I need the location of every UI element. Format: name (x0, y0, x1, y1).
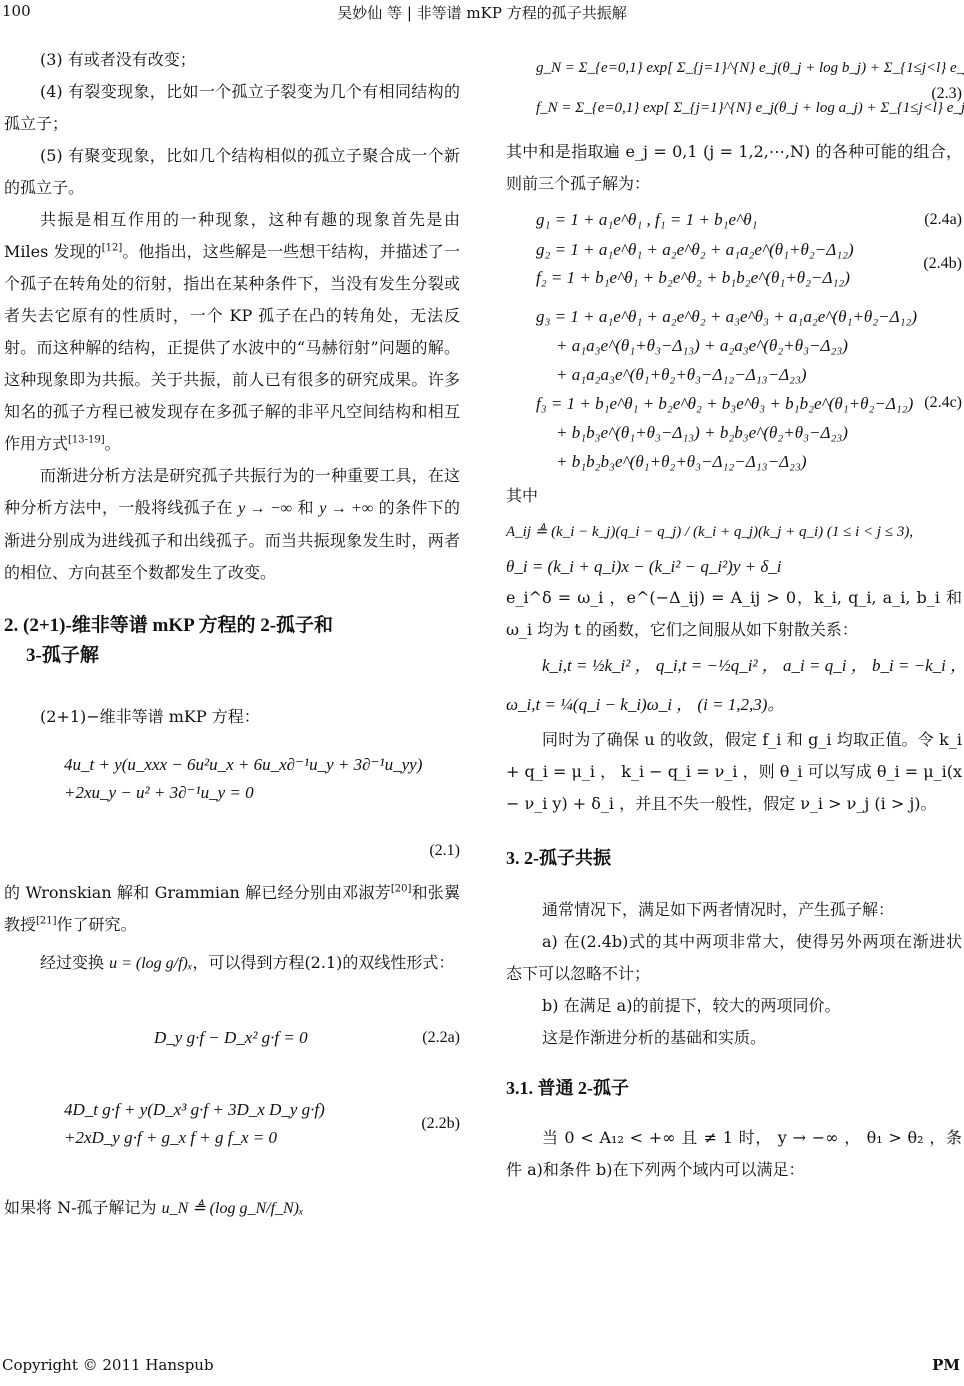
equation-2-4b: g₂ = 1 + a₁e^θ₁ + a₂e^θ₂ + a₁a₂e^(θ₁+θ₂−… (506, 236, 962, 292)
heading-line: 2. (2+1)-维非等谱 mKP 方程的 2-孤子和 (4, 615, 333, 636)
equation-line: 4u_t + y(u_xxx − 6u²u_x + 6u_x∂⁻¹u_y + 3… (64, 751, 460, 779)
equation-2-2b: 4D_t g·f + y(D_x³ g·f + 3D_x D_y g·f) +2… (4, 1096, 460, 1152)
equation-number-row: (2.1) (4, 837, 460, 877)
math-inline: y → +∞ (319, 500, 373, 517)
equation-2-4c: g₃ = 1 + a₁e^θ₁ + a₂e^θ₂ + a₃e^θ₃ + a₁a₂… (506, 302, 962, 476)
intro-mkp: (2+1)−维非等谱 mKP 方程： (4, 701, 460, 733)
equation-line: f_N = Σ_{e=0,1} exp[ Σ_{j=1}^{N} e_j(θ_j… (536, 88, 962, 128)
definition-theta: θ_i = (k_i + q_i)x − (k_i² − q_i²)y + δ_… (506, 552, 962, 582)
heading-line: 3-孤子解 (4, 641, 460, 671)
equation-line: + a₁a₃e^(θ₁+θ₃−Δ₁₃) + a₂a₃e^(θ₂+θ₃−Δ₂₃) (536, 331, 962, 360)
paragraph-conditions-intro: 通常情况下，满足如下两者情况时，产生孤子解： (506, 894, 962, 926)
equation-line: f₂ = 1 + b₁e^θ₁ + b₂e^θ₂ + b₁b₂e^(θ₁+θ₂−… (536, 264, 962, 292)
paragraph-wronskian: 的 Wronskian 解和 Grammian 解已经分别由邓淑芳[20]和张翼… (4, 877, 460, 941)
citation-21[interactable]: [21] (36, 916, 57, 927)
left-column: (3) 有或者没有改变； (4) 有裂变现象，比如一个孤立子裂变为几个有相同结构… (4, 44, 460, 1231)
equation-line: + b₁b₂b₃e^(θ₁+θ₂+θ₃−Δ₁₂−Δ₁₃−Δ₂₃) (536, 447, 962, 476)
equation-line: + a₁a₂a₃e^(θ₁+θ₂+θ₃−Δ₁₂−Δ₁₃−Δ₂₃) (536, 360, 962, 389)
math-inline: u = (log g/f)ₓ (109, 955, 192, 972)
equation-2-4a: g₁ = 1 + a₁e^θ₁ , f₁ = 1 + b₁e^θ₁ (2.4a) (506, 206, 962, 236)
dispersion-relations-2: ω_i,t = ¼(q_i − k_i)ω_i ， (i = 1,2,3)。 (506, 686, 962, 724)
condition-b: b) 在满足 a)的前提下，较大的两项同价。 (506, 990, 962, 1022)
equation-line: f₃ = 1 + b₁e^θ₁ + b₂e^θ₂ + b₃e^θ₃ + b₁b₂… (536, 389, 962, 418)
where-label: 其中 (506, 480, 962, 512)
paragraph-essence: 这是作渐进分析的基础和实质。 (506, 1022, 962, 1054)
section-2-heading: 2. (2+1)-维非等谱 mKP 方程的 2-孤子和 3-孤子解 (4, 611, 460, 671)
page-header: 100 吴妙仙 等 | 非等谱 mKP 方程的孤子共振解 (0, 0, 964, 24)
paragraph-convergence: 同时为了确保 u 的收敛，假定 f_i 和 g_i 均取正值。令 k_i + q… (506, 724, 962, 820)
paragraph-asymptotic: 而渐进分析方法是研究孤子共振行为的一种重要工具，在这种分析方法中，一般将线孤子在… (4, 460, 460, 589)
equation-line: k_i,t = ½k_i² ， q_i,t = −½q_i² ， a_i = q… (542, 646, 962, 686)
equation-line: +2xu_y − u² + 3∂⁻¹u_y = 0 (64, 779, 460, 807)
equation-2-3: g_N = Σ_{e=0,1} exp[ Σ_{j=1}^{N} e_j(θ_j… (506, 48, 962, 128)
equation-2-1: 4u_t + y(u_xxx − 6u²u_x + 6u_x∂⁻¹u_y + 3… (4, 751, 460, 807)
section-3-1-heading: 3.1. 普通 2-孤子 (506, 1072, 962, 1104)
text-span: ，可以得到方程(2.1)的双线性形式： (192, 953, 454, 972)
text-span: 。 (105, 434, 121, 453)
paragraph-nsoliton: 如果将 N-孤子解记为 u_N ≜ (log g_N/f_N)ₓ (4, 1186, 460, 1231)
equation-line: g₂ = 1 + a₁e^θ₁ + a₂e^θ₂ + a₁a₂e^(θ₁+θ₂−… (536, 236, 962, 264)
paragraph-sum: 其中和是指取遍 e_j = 0,1 (j = 1,2,⋯,N) 的各种可能的组合… (506, 136, 962, 200)
equation-number: (2.1) (429, 837, 460, 865)
text-span: 如果将 N-孤子解记为 (4, 1198, 162, 1217)
equation-line: + b₁b₃e^(θ₁+θ₃−Δ₁₃) + b₂b₃e^(θ₂+θ₃−Δ₂₃) (536, 418, 962, 447)
equation-2-2a: D_y g·f − D_x² g·f = 0 (2.2a) (4, 1024, 460, 1054)
equation-line: A_ij ≜ (k_i − k_j)(q_i − q_j) / (k_i + q… (506, 512, 962, 552)
condition-a: a) 在(2.4b)式的其中两项非常大，使得另外两项在渐进状态下可以忽略不计； (506, 926, 962, 990)
equation-number: (2.2a) (422, 1024, 460, 1052)
right-column: g_N = Σ_{e=0,1} exp[ Σ_{j=1}^{N} e_j(θ_j… (506, 48, 962, 1186)
text-span: 和 (292, 498, 319, 517)
dispersion-relations: k_i,t = ½k_i² ， q_i,t = −½q_i² ， a_i = q… (506, 646, 962, 686)
equation-line: g_N = Σ_{e=0,1} exp[ Σ_{j=1}^{N} e_j(θ_j… (536, 48, 962, 88)
paragraph-transform: 经过变换 u = (log g/f)ₓ，可以得到方程(2.1)的双线性形式： (4, 941, 460, 986)
list-item-5: (5) 有聚变现象，比如几个结构相似的孤立子聚合成一个新的孤立子。 (4, 140, 460, 204)
text-span: 。他指出，这些解是一些想干结构，并描述了一个孤子在转角处的衍射，指出在某种条件下… (4, 242, 460, 453)
equation-line: θ_i = (k_i + q_i)x − (k_i² − q_i²)y + δ_… (506, 552, 962, 582)
equation-number: (2.4c) (924, 388, 962, 417)
section-3-heading: 3. 2-孤子共振 (506, 842, 962, 874)
text-span: 作了研究。 (57, 915, 137, 934)
copyright: Copyright © 2011 Hanspub (2, 1356, 214, 1374)
equation-number: (2.2b) (421, 1110, 460, 1138)
paragraph-ordinary-2soliton: 当 0 < A₁₂ < +∞ 且 ≠ 1 时， y → −∞ ， θ₁ > θ₂… (506, 1122, 962, 1186)
math-inline: u_N ≜ (log g_N/f_N)ₓ (162, 1200, 304, 1217)
definition-Aij: A_ij ≜ (k_i − k_j)(q_i − q_j) / (k_i + q… (506, 512, 962, 552)
math-inline: y → −∞ (238, 500, 292, 517)
paragraph-params: e_i^δ = ω_i ，e^(−Δ_ij) = A_ij > 0，k_i, q… (506, 582, 962, 646)
citation-13-19[interactable]: [13-19] (68, 435, 105, 446)
text-span: 经过变换 (40, 953, 109, 972)
equation-number: (2.4a) (924, 206, 962, 234)
citation-20[interactable]: [20] (391, 884, 412, 895)
equation-line: ω_i,t = ¼(q_i − k_i)ω_i ， (i = 1,2,3)。 (506, 686, 962, 724)
text-span: 的 Wronskian 解和 Grammian 解已经分别由邓淑芳 (4, 883, 391, 902)
equation-line: 4D_t g·f + y(D_x³ g·f + 3D_x D_y g·f) (64, 1096, 460, 1124)
journal-abbreviation: PM (932, 1356, 960, 1374)
running-title: 吴妙仙 等 | 非等谱 mKP 方程的孤子共振解 (0, 2, 964, 23)
equation-line: g₃ = 1 + a₁e^θ₁ + a₂e^θ₂ + a₃e^θ₃ + a₁a₂… (536, 302, 962, 331)
equation-line: g₁ = 1 + a₁e^θ₁ , f₁ = 1 + b₁e^θ₁ (536, 210, 757, 229)
list-item-4: (4) 有裂变现象，比如一个孤立子裂变为几个有相同结构的孤立子； (4, 76, 460, 140)
equation-number: (2.3) (931, 74, 962, 114)
paragraph-resonance: 共振是相互作用的一种现象，这种有趣的现象首先是由 Miles 发现的[12]。他… (4, 204, 460, 460)
equation-number: (2.4b) (923, 250, 962, 278)
equation-line: +2xD_y g·f + g_x f + g f_x = 0 (64, 1124, 460, 1152)
list-item-3: (3) 有或者没有改变； (4, 44, 460, 76)
equation-line: D_y g·f − D_x² g·f = 0 (154, 1024, 308, 1052)
citation-12[interactable]: [12] (102, 243, 123, 254)
